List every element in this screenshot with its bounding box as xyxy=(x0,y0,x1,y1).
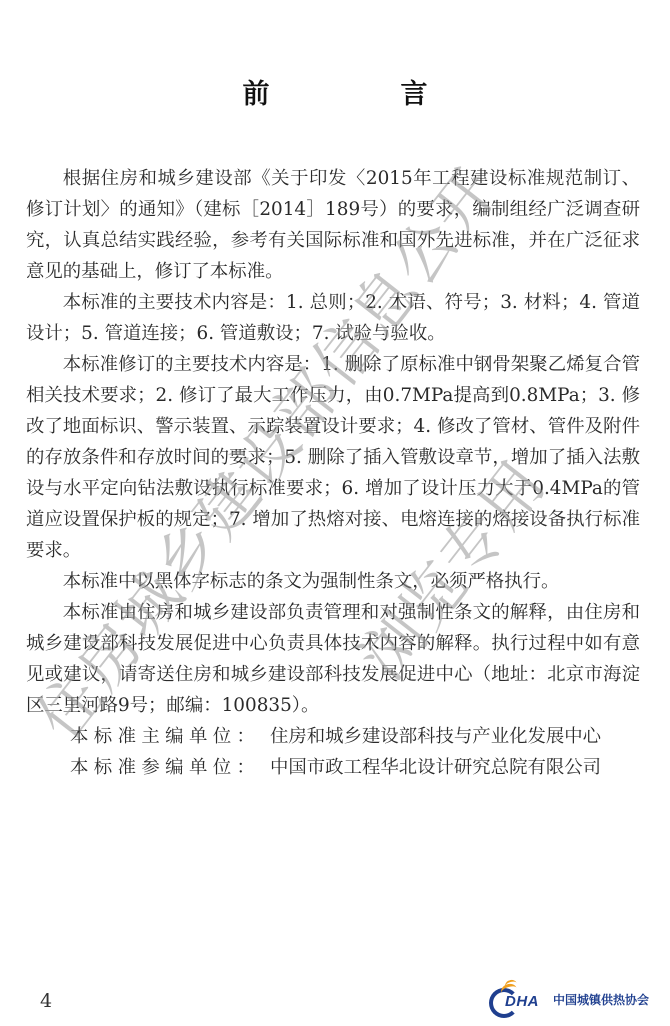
chief-editor-value: 住房和城乡建设部科技与产业化发展中心 xyxy=(270,721,640,752)
paragraph-main-contents: 本标准的主要技术内容是：1. 总则；2. 术语、符号；3. 材料；4. 管道设计… xyxy=(26,287,640,349)
page-title: 前 言 xyxy=(0,72,670,111)
page-number: 4 xyxy=(40,990,52,1012)
logo-abbr: DHA xyxy=(505,993,539,1010)
dha-logo: DHA 中国城镇供热协会 xyxy=(485,983,649,1015)
paragraph-basis: 根据住房和城乡建设部《关于印发〈2015年工程建设标准规范制订、修订计划〉的通知… xyxy=(26,163,640,287)
participating-label: 本标准参编单位： xyxy=(26,752,270,783)
participating-unit: 本标准参编单位： 中国市政工程华北设计研究总院有限公司 xyxy=(26,752,640,783)
logo-org-name: 中国城镇供热协会 xyxy=(553,991,649,1008)
preface-body: 根据住房和城乡建设部《关于印发〈2015年工程建设标准规范制订、修订计划〉的通知… xyxy=(26,163,640,783)
chief-editor-unit: 本标准主编单位： 住房和城乡建设部科技与产业化发展中心 xyxy=(26,721,640,752)
paragraph-management: 本标准由住房和城乡建设部负责管理和对强制性条文的解释，由住房和城乡建设部科技发展… xyxy=(26,597,640,721)
paragraph-mandatory-clauses: 本标准中以黑体字标志的条文为强制性条文，必须严格执行。 xyxy=(26,566,640,597)
chief-editor-label: 本标准主编单位： xyxy=(26,721,270,752)
participating-value: 中国市政工程华北设计研究总院有限公司 xyxy=(270,752,640,783)
dha-logo-icon: DHA xyxy=(485,984,547,1014)
paragraph-revision-contents: 本标准修订的主要技术内容是：1. 删除了原标准中钢骨架聚乙烯复合管相关技术要求；… xyxy=(26,349,640,566)
